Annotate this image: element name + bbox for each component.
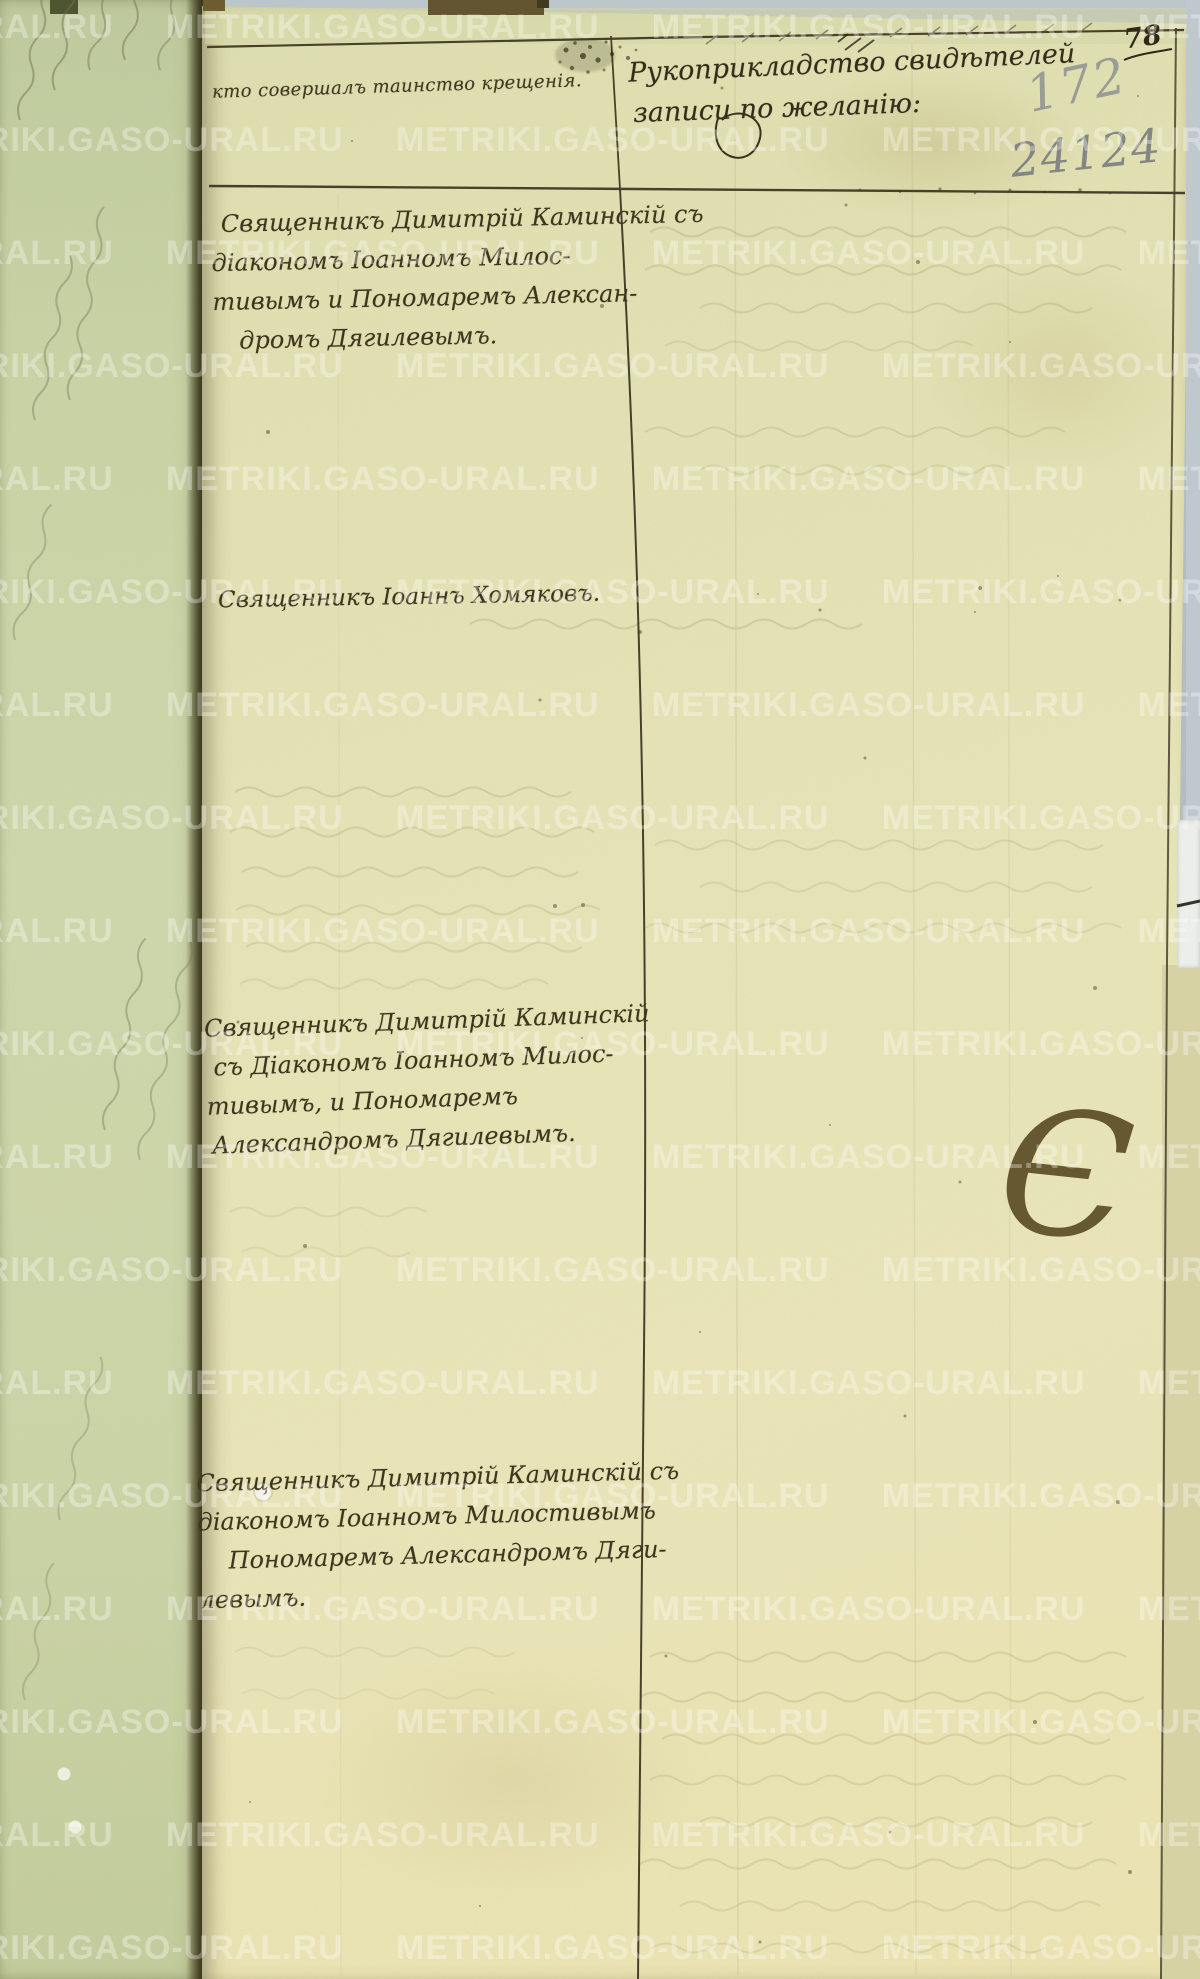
margin-mark-e: Є xyxy=(989,1062,1142,1290)
folio-number-ink: 78 xyxy=(1122,20,1164,56)
register-entry-1: Священникъ Димитрій Каминскій съ діаконо… xyxy=(210,195,706,361)
scanner-background-right xyxy=(1186,0,1200,832)
page-top-band xyxy=(205,8,1188,44)
page-edge-lower-right xyxy=(1162,965,1200,1979)
entry-line: Священникъ Іоаннъ Хомяковъ. xyxy=(218,575,601,620)
document-scan: кто совершалъ таинство крещенія. Рукопри… xyxy=(0,0,1200,1979)
adjacent-page-edge xyxy=(0,0,206,1979)
register-entry-2: Священникъ Іоаннъ Хомяковъ. xyxy=(218,575,601,620)
paper-scrap-right-edge xyxy=(1177,820,1200,968)
register-entry-4: Священникъ Димитрій Каминскій съ діаконо… xyxy=(196,1452,683,1621)
register-entry-3: Священникъ Димитрій Каминскій съ Діаконо… xyxy=(203,994,654,1165)
